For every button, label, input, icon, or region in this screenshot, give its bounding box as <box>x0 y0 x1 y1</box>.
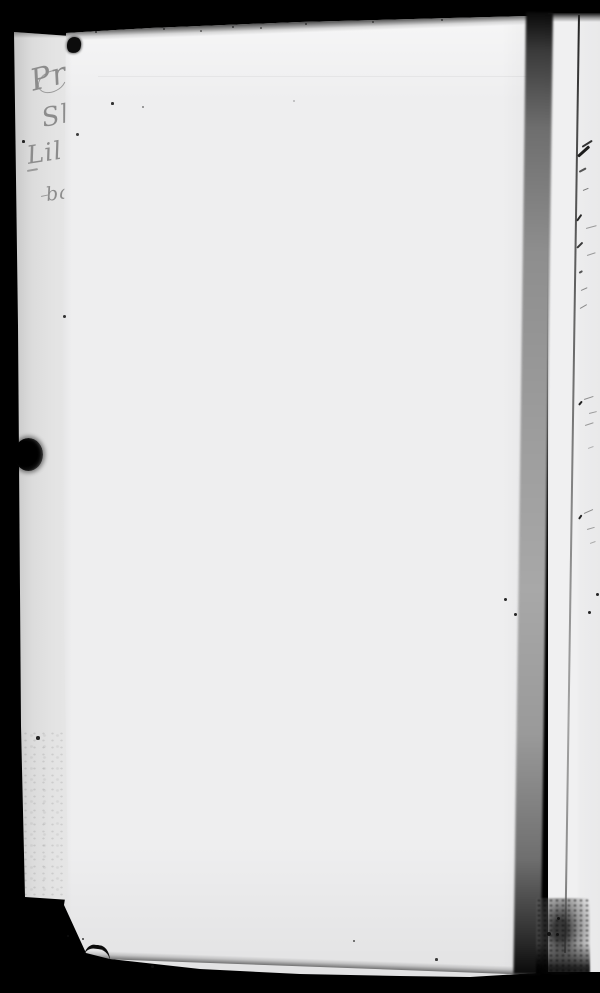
fastener-blob <box>14 438 43 471</box>
page-top-edge-fringe <box>548 13 600 22</box>
front-blank-page <box>58 12 540 980</box>
page-top-edge-fringe <box>12 26 70 38</box>
paper-mottle-texture <box>12 730 70 900</box>
page-bottom-edge-fringe <box>74 948 549 975</box>
scanned-document-page: Pr Sh Lil ba <box>0 0 600 993</box>
ink-speck <box>151 965 154 968</box>
rear-page-right <box>548 13 600 972</box>
paper-crease-line <box>98 76 528 77</box>
bottom-right-smudge <box>536 898 590 974</box>
ink-speck <box>67 935 69 937</box>
handwriting-line-3: Lil <box>25 136 65 170</box>
page-top-edge-fringe <box>52 11 552 43</box>
